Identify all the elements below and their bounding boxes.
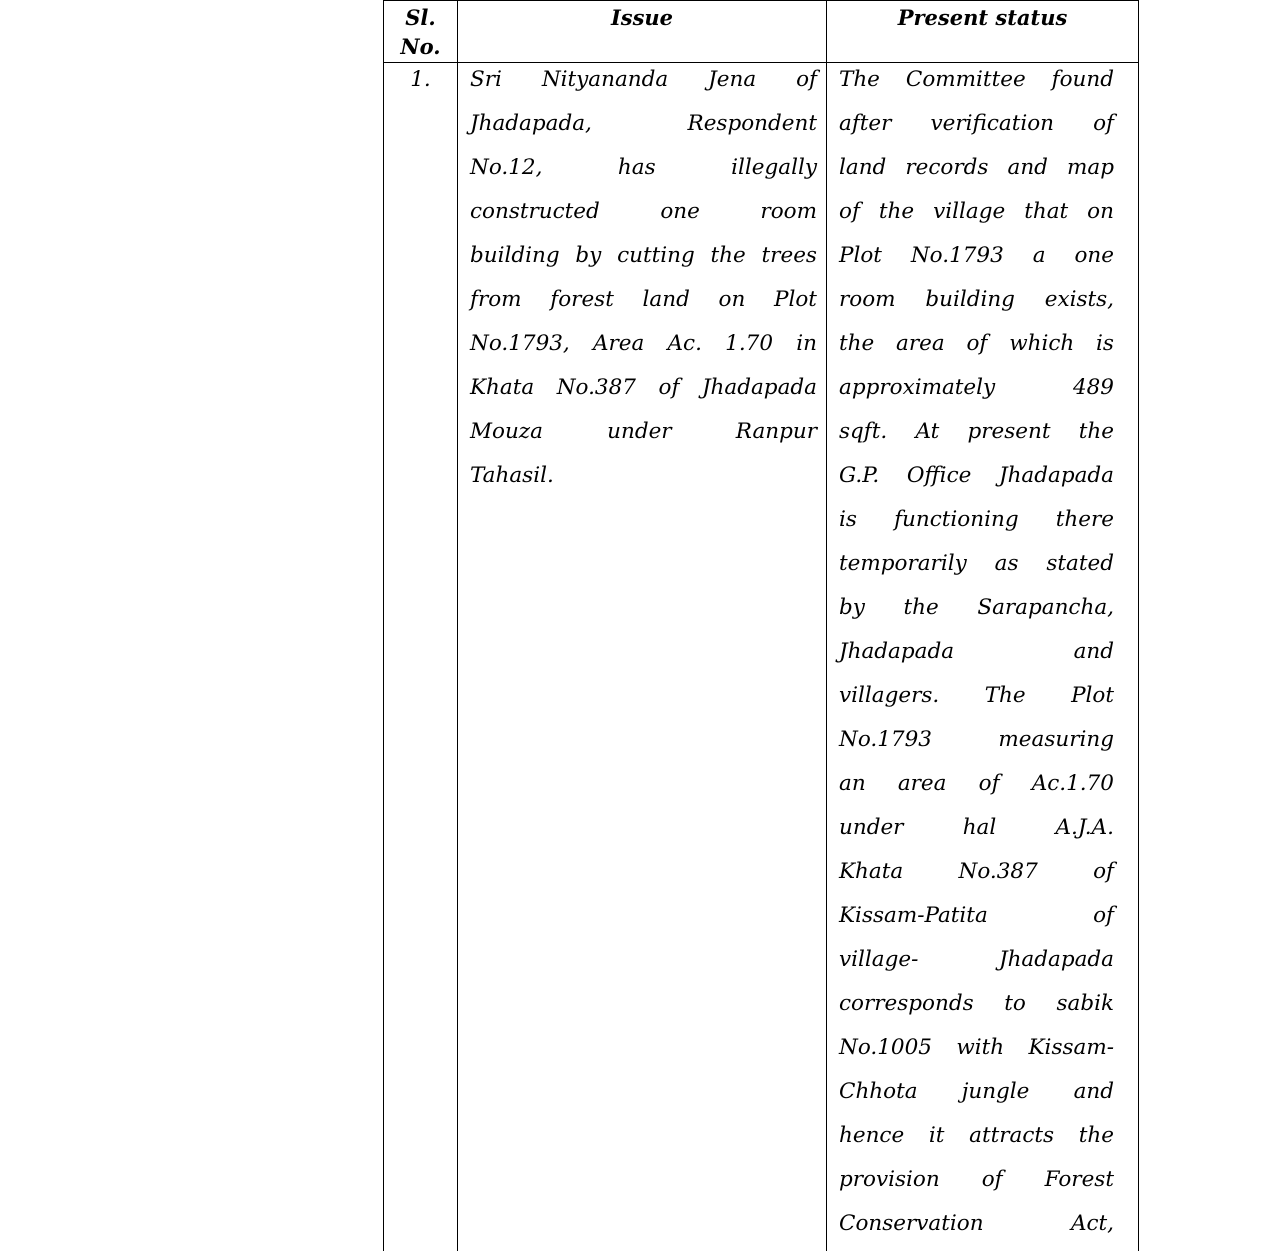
text-line: KhataNo.387of xyxy=(839,855,1114,899)
word: Sri xyxy=(470,63,502,107)
word: villagers. xyxy=(839,679,939,723)
word: to xyxy=(1004,987,1026,1031)
word: 1.70 xyxy=(725,327,773,371)
word: of xyxy=(1093,107,1114,151)
word: the xyxy=(904,591,939,635)
sl-no-value: 1. xyxy=(410,63,431,107)
word: verification xyxy=(930,107,1054,151)
word: Forest xyxy=(1045,1163,1114,1207)
word: village- xyxy=(839,943,918,987)
word: room xyxy=(839,283,896,327)
word: which xyxy=(1009,327,1074,371)
word: trees xyxy=(762,239,817,283)
text-line: bytheSarapancha, xyxy=(839,591,1114,635)
word: No.387 xyxy=(959,855,1038,899)
word: the xyxy=(1079,1119,1114,1163)
text-line: roombuildingexists, xyxy=(839,283,1114,327)
word: after xyxy=(839,107,891,151)
word: present xyxy=(968,415,1051,459)
word: functioning xyxy=(894,503,1019,547)
cell-present-status: TheCommitteefoundafterverificationofland… xyxy=(827,63,1139,1251)
text-line: temporarilyasstated xyxy=(839,547,1114,591)
word: building xyxy=(470,239,560,283)
word: Jena xyxy=(708,63,756,107)
word: A.J.A. xyxy=(1055,811,1114,855)
text-line: TheCommitteefound xyxy=(839,63,1114,107)
text-line: No.1005withKissam- xyxy=(839,1031,1114,1075)
word: of xyxy=(796,63,817,107)
word: of xyxy=(979,767,1000,811)
word: Jhadapada, xyxy=(470,107,592,151)
word: illegally xyxy=(731,151,817,195)
word: No.1005 xyxy=(839,1031,932,1075)
word: with xyxy=(956,1031,1004,1075)
text-line: MouzaunderRanpur xyxy=(470,415,817,459)
word: Ac.1.70 xyxy=(1032,767,1114,811)
text-line: afterverificationof xyxy=(839,107,1114,151)
word: of xyxy=(982,1163,1003,1207)
word: Jhadapada xyxy=(702,371,817,415)
text-line: Chhotajungleand xyxy=(839,1075,1114,1119)
word: Tahasil. xyxy=(470,459,554,503)
word: by xyxy=(575,239,601,283)
text-line: provisionofForest xyxy=(839,1163,1114,1207)
word: from xyxy=(470,283,522,327)
text-line: underhalA.J.A. xyxy=(839,811,1114,855)
word: Ranpur xyxy=(736,415,817,459)
header-issue: Issue xyxy=(458,1,827,63)
word: The xyxy=(839,63,880,107)
text-line: village-Jhadapada xyxy=(839,943,1114,987)
word: area xyxy=(896,327,945,371)
word: one xyxy=(660,195,700,239)
word: the xyxy=(879,195,914,239)
word: there xyxy=(1056,503,1114,547)
word: under xyxy=(839,811,903,855)
word: measuring xyxy=(998,723,1114,767)
text-line: KhataNo.387ofJhadapada xyxy=(470,371,817,415)
word: that xyxy=(1024,195,1068,239)
word: and xyxy=(1074,635,1114,679)
word: corresponds xyxy=(839,987,974,1031)
sl-no-text: 1. xyxy=(384,63,457,107)
text-line: landrecordsandmap xyxy=(839,151,1114,195)
word: Khata xyxy=(839,855,903,899)
header-row: Sl. No. Issue Present status xyxy=(384,1,1139,63)
word: hal xyxy=(963,811,997,855)
word: village xyxy=(933,195,1005,239)
text-line: sqft.Atpresentthe xyxy=(839,415,1114,459)
word: on xyxy=(1087,195,1114,239)
word: temporarily xyxy=(839,547,967,591)
text-line: No.1793,AreaAc.1.70in xyxy=(470,327,817,371)
word: Committee xyxy=(906,63,1026,107)
word: has xyxy=(618,151,656,195)
word: No.12, xyxy=(470,151,542,195)
present-status-text: TheCommitteefoundafterverificationofland… xyxy=(839,63,1114,1251)
word: land xyxy=(643,283,690,327)
text-line: henceitattractsthe xyxy=(839,1119,1114,1163)
word: jungle xyxy=(962,1075,1030,1119)
word: Nityananda xyxy=(542,63,668,107)
word: on xyxy=(719,283,746,327)
word: Sarapancha, xyxy=(977,591,1114,635)
cell-sl-no: 1. xyxy=(384,63,458,1251)
word: the xyxy=(1079,415,1114,459)
word: Conservation xyxy=(839,1207,984,1251)
word: is xyxy=(1096,327,1114,371)
word: The xyxy=(985,679,1026,723)
word: Khata xyxy=(470,371,534,415)
word: records xyxy=(905,151,988,195)
text-line: Kissam-Patitaof xyxy=(839,899,1114,943)
word: Area xyxy=(593,327,644,371)
word: cutting xyxy=(617,239,695,283)
word: Kissam-Patita xyxy=(839,899,988,943)
word: Office xyxy=(907,459,972,503)
word: room xyxy=(760,195,817,239)
word: Plot xyxy=(774,283,817,327)
word: Plot xyxy=(839,239,882,283)
word: under xyxy=(607,415,671,459)
word: Kissam- xyxy=(1029,1031,1114,1075)
word: sqft. xyxy=(839,415,887,459)
text-line: constructedoneroom xyxy=(470,195,817,239)
word: as xyxy=(995,547,1019,591)
table-row: 1. SriNityanandaJenaofJhadapada,Responde… xyxy=(384,63,1139,1251)
word: land xyxy=(839,151,886,195)
text-line: G.P.OfficeJhadapada xyxy=(839,459,1114,503)
text-line: fromforestlandonPlot xyxy=(470,283,817,327)
word: At xyxy=(915,415,939,459)
word: Jhadapada xyxy=(999,459,1114,503)
word: Jhadapada xyxy=(999,943,1114,987)
word: Mouza xyxy=(470,415,543,459)
word: No.387 xyxy=(557,371,636,415)
word: of xyxy=(1093,855,1114,899)
word: stated xyxy=(1046,547,1114,591)
word: a xyxy=(1033,239,1046,283)
word: forest xyxy=(550,283,614,327)
text-line: approximately489 xyxy=(839,371,1114,415)
text-line: Jhadapadaand xyxy=(839,635,1114,679)
word: Act, xyxy=(1071,1207,1114,1251)
word: Chhota xyxy=(839,1075,918,1119)
table-header: Sl. No. Issue Present status xyxy=(384,1,1139,63)
text-line: No.1793measuring xyxy=(839,723,1114,767)
word: and xyxy=(1074,1075,1114,1119)
word: No.1793 xyxy=(911,239,1004,283)
text-line: villagers.ThePlot xyxy=(839,679,1114,723)
text-line: ofthevillagethaton xyxy=(839,195,1114,239)
word: Respondent xyxy=(688,107,817,151)
text-line: Jhadapada,Respondent xyxy=(470,107,817,151)
text-line: No.12,hasillegally xyxy=(470,151,817,195)
text-line: ConservationAct, xyxy=(839,1207,1114,1251)
text-line: PlotNo.1793aone xyxy=(839,239,1114,283)
header-sl-no-line1: Sl. xyxy=(405,5,435,30)
word: G.P. xyxy=(839,459,879,503)
word: the xyxy=(711,239,746,283)
word: one xyxy=(1074,239,1114,283)
header-sl-no: Sl. No. xyxy=(384,1,458,63)
word: area xyxy=(898,767,947,811)
word: and xyxy=(1008,151,1048,195)
word: Jhadapada xyxy=(839,635,954,679)
text-line: isfunctioningthere xyxy=(839,503,1114,547)
word: attracts xyxy=(969,1119,1054,1163)
word: the xyxy=(839,327,874,371)
cell-issue: SriNityanandaJenaofJhadapada,RespondentN… xyxy=(458,63,827,1251)
word: of xyxy=(839,195,860,239)
word: exists, xyxy=(1045,283,1114,327)
text-line: buildingbycuttingthetrees xyxy=(470,239,817,283)
word: provision xyxy=(839,1163,940,1207)
word: of xyxy=(1093,899,1114,943)
word: Ac. xyxy=(668,327,702,371)
word: hence xyxy=(839,1119,904,1163)
word: approximately xyxy=(839,371,995,415)
word: by xyxy=(839,591,865,635)
text-line: Tahasil. xyxy=(470,459,817,503)
word: an xyxy=(839,767,866,811)
header-sl-no-line2: No. xyxy=(400,34,440,59)
text-line: SriNityanandaJenaof xyxy=(470,63,817,107)
word: map xyxy=(1067,151,1114,195)
word: Plot xyxy=(1071,679,1114,723)
word: found xyxy=(1052,63,1114,107)
word: building xyxy=(925,283,1015,327)
text-line: correspondstosabik xyxy=(839,987,1114,1031)
word: 489 xyxy=(1073,371,1114,415)
word: of xyxy=(659,371,680,415)
word: is xyxy=(839,503,857,547)
word: sabik xyxy=(1056,987,1114,1031)
word: it xyxy=(929,1119,945,1163)
word: No.1793 xyxy=(839,723,932,767)
issue-text: SriNityanandaJenaofJhadapada,RespondentN… xyxy=(470,63,817,503)
word: in xyxy=(796,327,817,371)
header-present-status: Present status xyxy=(827,1,1139,63)
issues-status-table: Sl. No. Issue Present status 1. SriNitya… xyxy=(383,0,1139,1251)
word: constructed xyxy=(470,195,600,239)
text-line: anareaofAc.1.70 xyxy=(839,767,1114,811)
word: No.1793, xyxy=(470,327,570,371)
word: of xyxy=(966,327,987,371)
text-line: theareaofwhichis xyxy=(839,327,1114,371)
